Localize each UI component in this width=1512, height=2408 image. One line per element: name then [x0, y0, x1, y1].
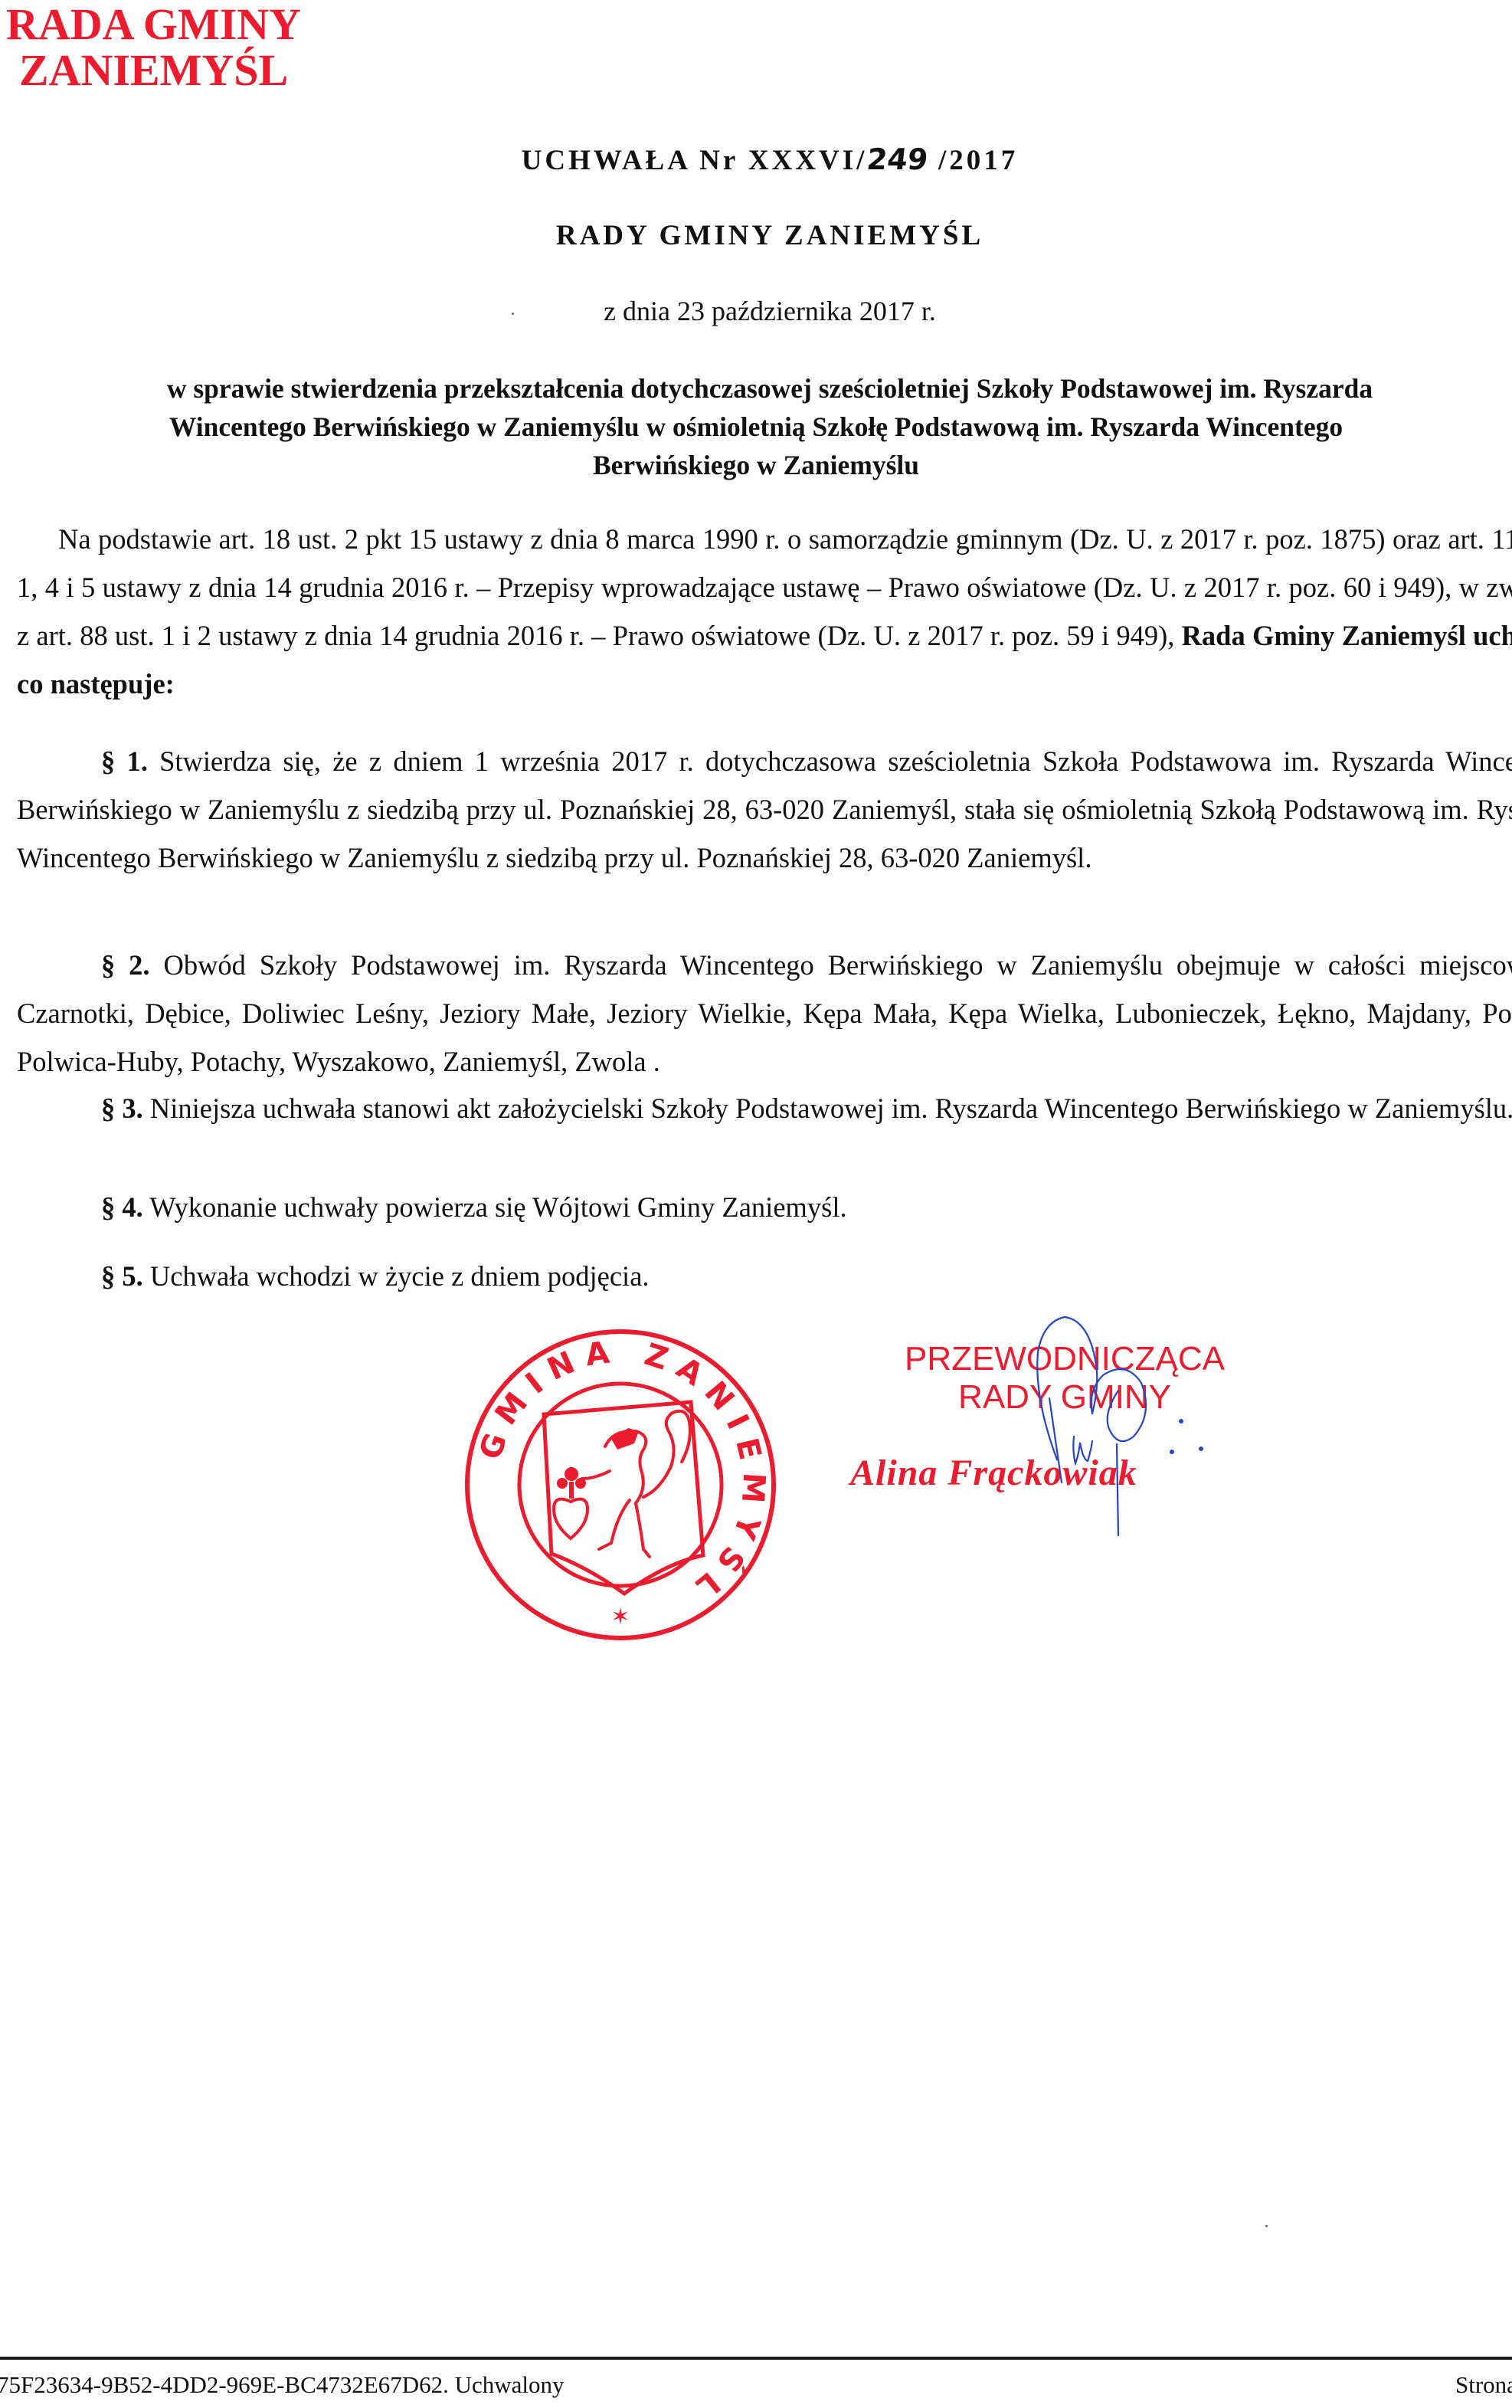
paragraph-2: § 2. Obwód Szkoły Podstawowej im. Ryszar… — [17, 941, 1512, 1086]
legal-basis-preamble: Na podstawie art. 18 ust. 2 pkt 15 ustaw… — [17, 515, 1512, 708]
stamp-header-line-2: ZANIEMYŚL — [6, 48, 301, 93]
footer-divider — [0, 2357, 1512, 2360]
footer-page-label: Strona — [1455, 2371, 1512, 2399]
subject-line: w sprawie stwierdzenia przekształcenia d… — [0, 369, 1512, 408]
paragraph-text: Niniejsza uchwała stanowi akt założyciel… — [143, 1093, 1512, 1124]
paragraph-5: § 5. Uchwała wchodzi w życie z dniem pod… — [17, 1252, 1512, 1300]
subject-line: Wincentego Berwińskiego w Zaniemyślu w o… — [0, 408, 1512, 446]
paragraph-text: Wykonanie uchwały powierza się Wójtowi G… — [143, 1191, 847, 1223]
footer-document-id: 75F23634-9B52-4DD2-969E-BC4732E67D62. Uc… — [0, 2371, 565, 2399]
municipal-seal-icon: GMINA ZANIEMYŚL ✶ — [460, 1324, 781, 1646]
paragraph-1: § 1. Stwierdza się, że z dniem 1 wrześni… — [17, 737, 1512, 882]
scan-speck — [1265, 2225, 1268, 2227]
subject-line: Berwińskiego w Zaniemyślu — [0, 446, 1512, 484]
council-stamp-header: RADA GMINY ZANIEMYŚL — [6, 2, 301, 93]
scan-speck — [512, 313, 514, 315]
handwritten-signature-icon — [1003, 1306, 1249, 1536]
title-prefix: UCHWAŁA Nr XXXVI/ — [522, 145, 868, 176]
handwritten-resolution-number: 249 — [866, 143, 930, 176]
paragraph-text: Uchwała wchodzi w życie z dniem podjęcia… — [143, 1260, 650, 1292]
stamp-header-line-1: RADA GMINY — [6, 2, 301, 48]
paragraph-sign: § 3. — [101, 1093, 143, 1124]
resolution-date: z dnia 23 października 2017 r. — [0, 295, 1512, 327]
paragraph-sign: § 1. — [101, 745, 148, 777]
paragraph-sign: § 2. — [101, 949, 150, 981]
resolution-title: UCHWAŁA Nr XXXVI/249 /2017 — [0, 143, 1512, 177]
council-name: RADY GMINY ZANIEMYŚL — [0, 219, 1512, 252]
resolution-subject: w sprawie stwierdzenia przekształcenia d… — [0, 369, 1512, 484]
paragraph-text: Stwierdza się, że z dniem 1 września 201… — [17, 745, 1512, 873]
title-suffix: /2017 — [928, 145, 1019, 176]
paragraph-sign: § 4. — [101, 1191, 143, 1223]
paragraph-sign: § 5. — [101, 1260, 143, 1292]
paragraph-3: § 3. Niniejsza uchwała stanowi akt założ… — [17, 1084, 1512, 1132]
svg-text:✶: ✶ — [610, 1604, 630, 1630]
paragraph-text: Obwód Szkoły Podstawowej im. Ryszarda Wi… — [17, 949, 1512, 1077]
paragraph-4: § 4. Wykonanie uchwały powierza się Wójt… — [17, 1183, 1512, 1231]
